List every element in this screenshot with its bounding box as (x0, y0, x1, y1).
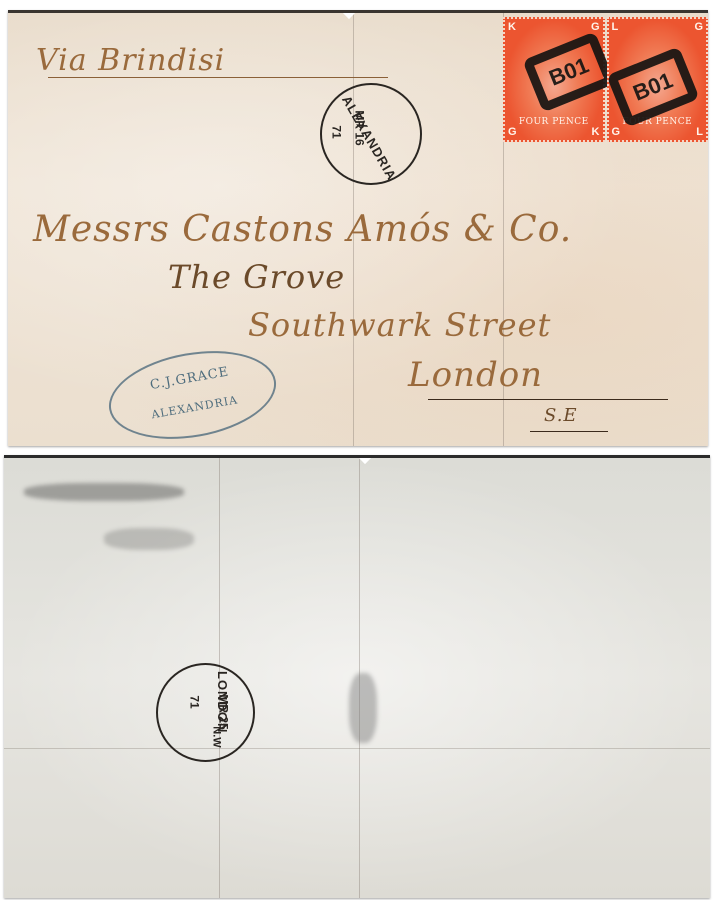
address-line-3: Southwark Street (248, 306, 551, 344)
address-line-4: London (408, 355, 543, 395)
underline (428, 399, 668, 400)
london-postmark: LONDON MR 25 71 N.W (156, 663, 255, 762)
cover-back: LONDON MR 25 71 N.W (4, 455, 710, 898)
route-endorsement: Via Brindisi (36, 43, 225, 78)
address-line-1: Messrs Castons Amós & Co. (33, 209, 572, 250)
fold-line (4, 748, 710, 749)
underline (530, 431, 608, 432)
stamp-pair: K G G K FOUR PENCE B01 L G G L FOUR PENC… (503, 17, 708, 142)
numeral-cancel: B01 (606, 46, 699, 127)
address-line-2: The Grove (168, 258, 345, 296)
paper-notch (358, 455, 372, 464)
cover-front: Via Brindisi ALEXANDRIA MR 16 71 K G G K… (8, 10, 708, 446)
underline (48, 77, 388, 78)
paper-tear (349, 673, 377, 743)
alexandria-postmark: ALEXANDRIA MR 16 71 (320, 83, 422, 185)
postage-stamp: K G G K FOUR PENCE B01 (503, 17, 605, 142)
sender-cachet: C.J.GRACE ALEXANDRIA (102, 339, 283, 446)
postal-district: S.E (544, 405, 578, 426)
ink-smudge (104, 528, 194, 550)
numeral-cancel: B01 (522, 31, 615, 112)
postage-stamp: L G G L FOUR PENCE B01 (607, 17, 709, 142)
ink-smudge (24, 483, 184, 501)
